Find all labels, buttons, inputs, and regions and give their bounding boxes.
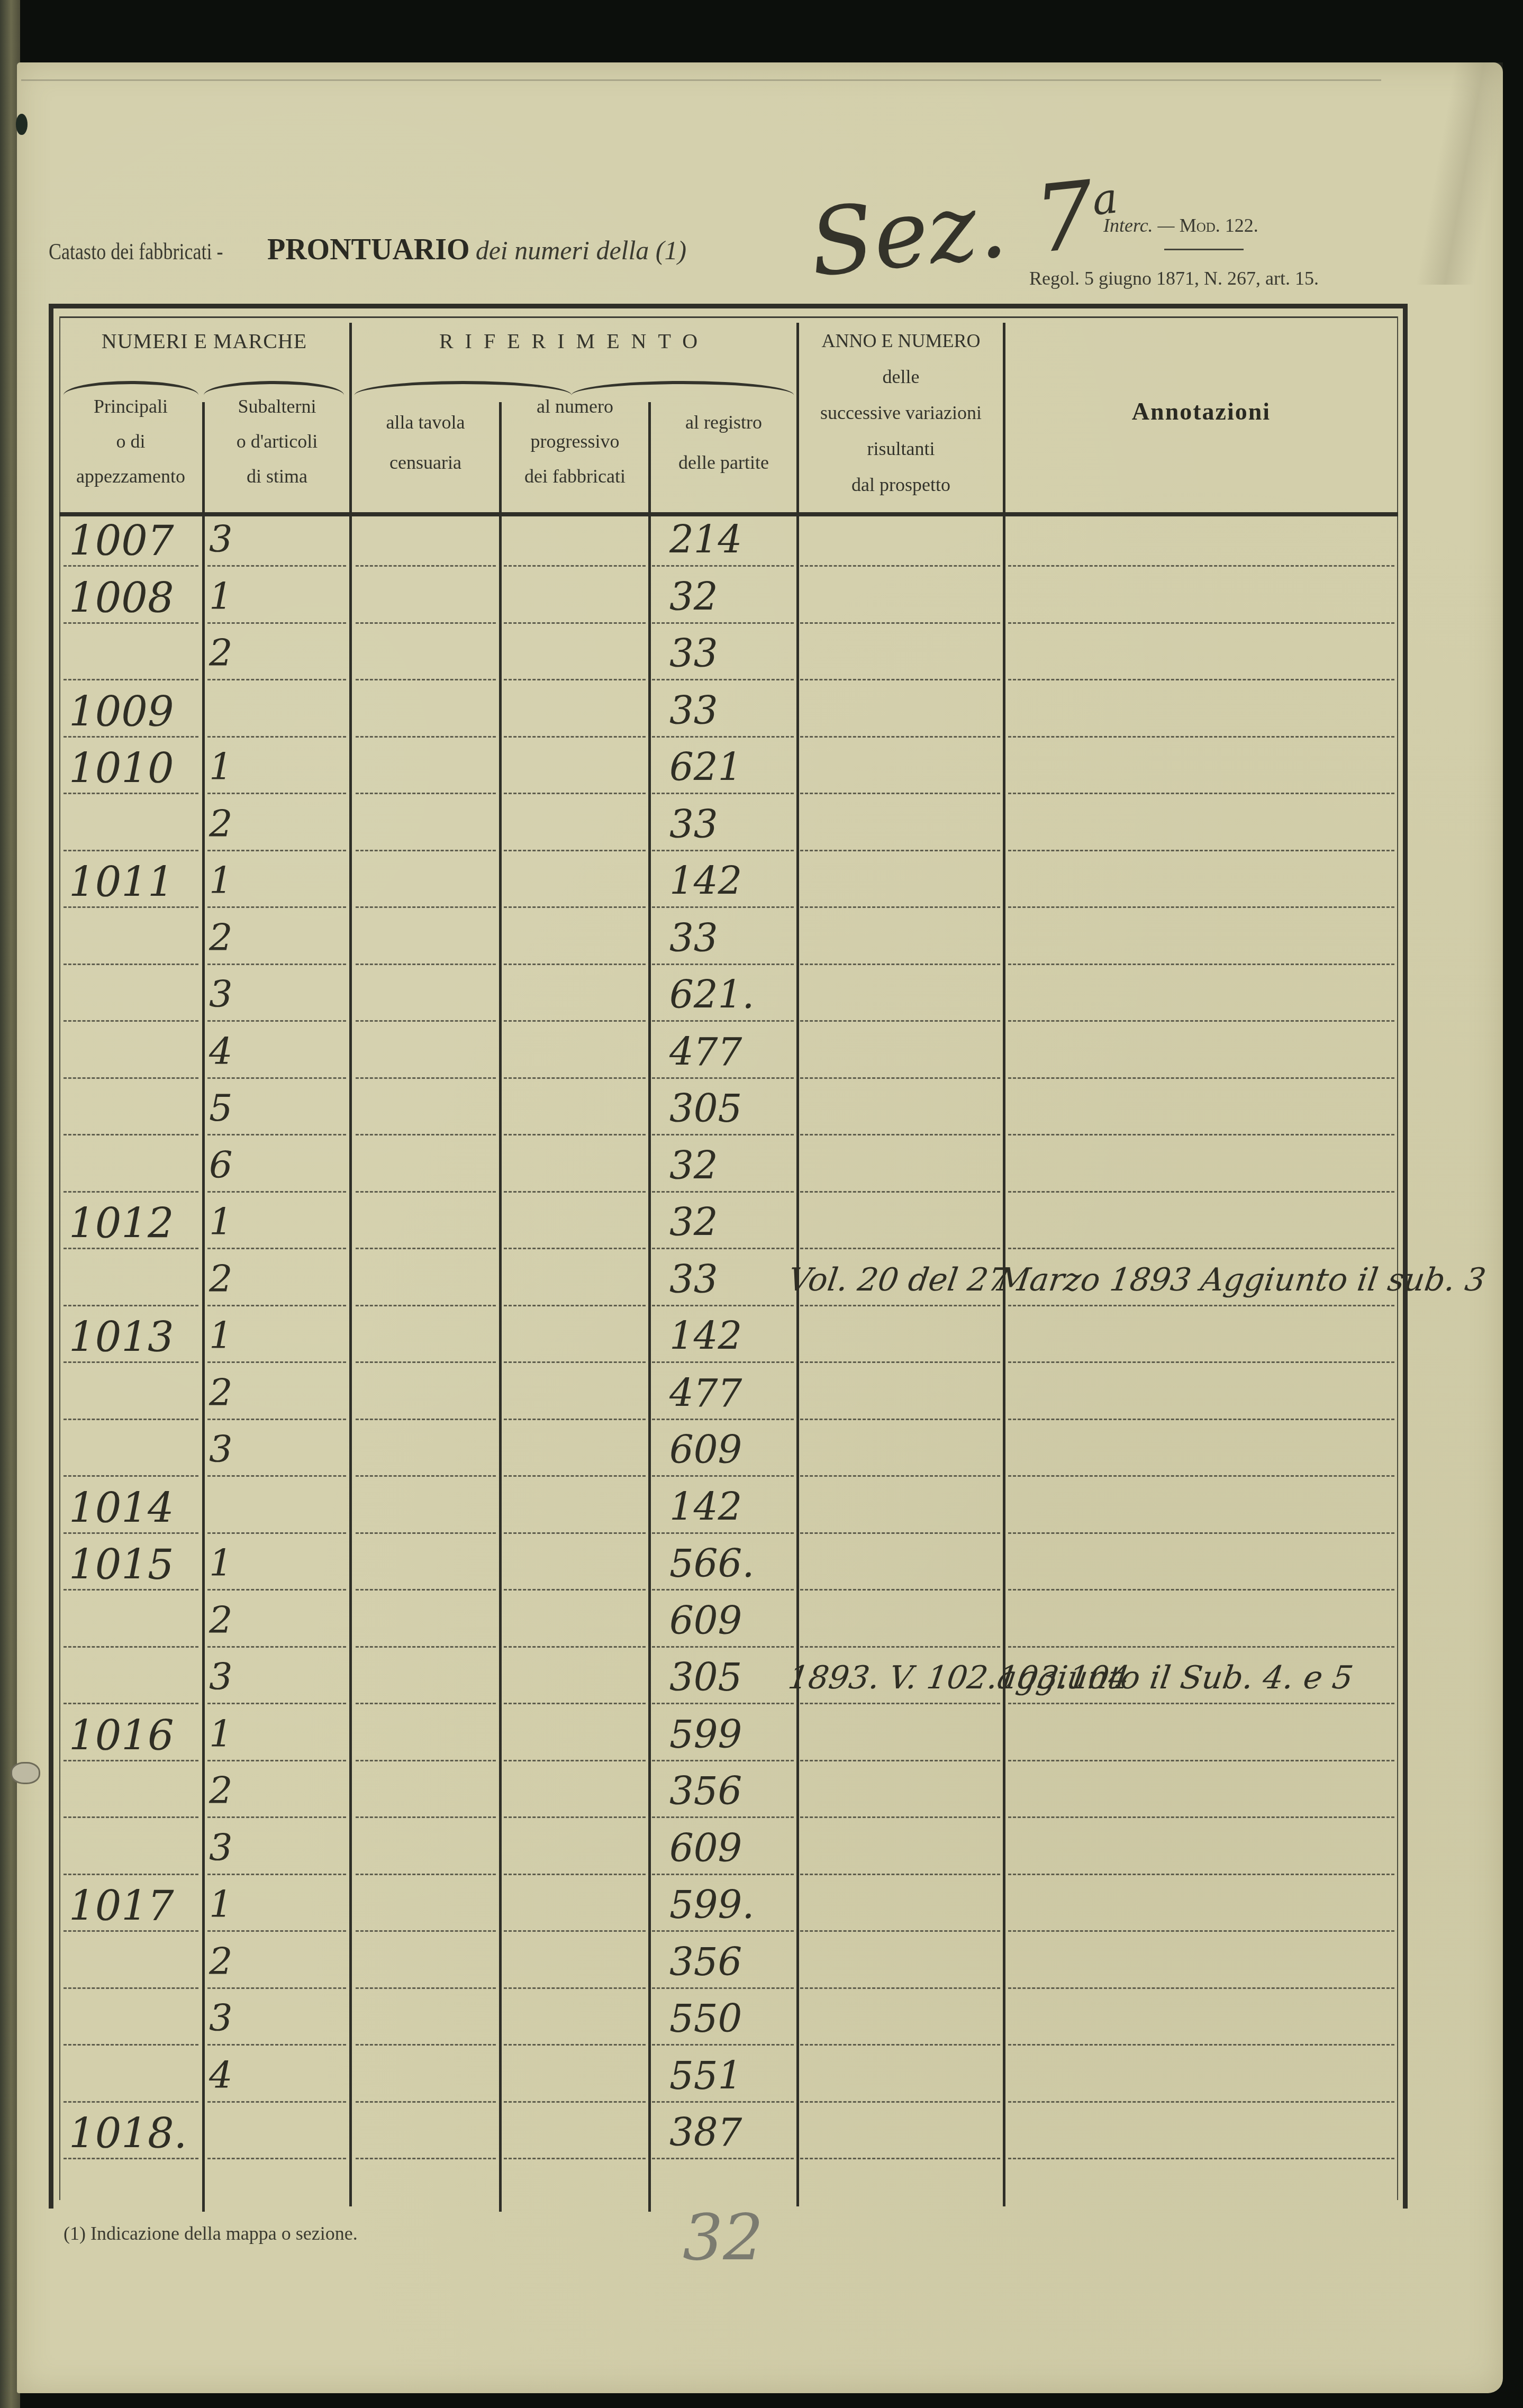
page-fold-line (21, 79, 1381, 81)
row-rule (1008, 736, 1394, 739)
row-rule (652, 1589, 794, 1592)
cell-subalterno: 2 (209, 802, 233, 846)
row-rule (800, 1077, 1000, 1080)
model-rule (1164, 249, 1244, 250)
row-rule (64, 1930, 198, 1933)
cell-registro: 142 (669, 1485, 742, 1529)
row-rule (64, 793, 198, 795)
row-rule (207, 1475, 346, 1478)
cell-principale: 1015 (69, 1541, 174, 1589)
row-rule (652, 1305, 794, 1307)
row-rule (1008, 793, 1394, 795)
row-rule (1008, 1703, 1394, 1705)
cell-registro: 609 (669, 1826, 742, 1870)
row-rule (207, 1703, 346, 1705)
row-rule (652, 1930, 794, 1933)
row-rule (356, 793, 496, 795)
row-rule (504, 1646, 646, 1649)
row-rule (207, 622, 346, 625)
row-rule (356, 964, 496, 966)
cell-principale: 1017 (69, 1883, 174, 1930)
row-rule (356, 1020, 496, 1023)
cell-registro: 599. (669, 1883, 754, 1927)
row-rule (1008, 1532, 1394, 1535)
cell-registro: 142 (669, 1314, 742, 1358)
row-rule (356, 565, 496, 568)
row-rule (652, 1020, 794, 1023)
header-numero-line2: progressivo (502, 424, 648, 459)
row-rule (356, 2044, 496, 2047)
header-principali: Principali o di appezzamento (59, 389, 202, 494)
row-rule (64, 1532, 198, 1535)
row-rule (1008, 1760, 1394, 1762)
row-rule (652, 1248, 794, 1250)
form-model-code: Interc. — Mod. 122. (1103, 214, 1258, 237)
header-registro: al registro delle partite (651, 402, 796, 483)
row-rule (652, 1760, 794, 1762)
row-rule (800, 1874, 1000, 1876)
row-rule (356, 1191, 496, 1194)
row-rule (64, 1248, 198, 1250)
row-rule (207, 1020, 346, 1023)
cell-registro: 356 (669, 1940, 742, 1984)
row-rule (504, 2158, 646, 2160)
cell-registro: 33 (669, 688, 718, 733)
row-rule (652, 2158, 794, 2160)
row-rule (64, 1305, 198, 1307)
row-rule (652, 736, 794, 739)
header-subalterni-line1: Subalterni (205, 389, 349, 424)
section-label: Sez. (805, 170, 1011, 298)
row-rule (504, 1703, 646, 1705)
cell-registro: 566. (669, 1541, 754, 1586)
row-rule (64, 622, 198, 625)
form-title-suffix: dei numeri della (1) (476, 235, 687, 265)
row-rule (800, 2158, 1000, 2160)
cell-subalterno: 3 (209, 1826, 233, 1869)
row-rule (1008, 679, 1394, 681)
col-divider-numbers-reference (349, 323, 352, 2206)
cell-principale: 1007 (69, 517, 174, 565)
row-rule (800, 1930, 1000, 1933)
row-rule (1008, 1191, 1394, 1194)
cell-registro: 33 (669, 802, 718, 847)
row-rule (64, 850, 198, 852)
row-rule (1008, 1419, 1394, 1421)
cell-subalterno: 4 (209, 2053, 233, 2097)
cell-annotazione: Marzo 1893 Aggiunto il sub. 3 (995, 1261, 1488, 1298)
cell-subalterno: 1 (209, 575, 233, 618)
row-rule (800, 1589, 1000, 1592)
cell-subalterno: 3 (209, 973, 233, 1016)
cell-subalterno: 1 (209, 1541, 233, 1585)
row-rule (356, 1419, 496, 1421)
row-rule (1008, 565, 1394, 568)
row-rule (800, 2101, 1000, 2104)
cell-subalterno: 2 (209, 1598, 233, 1642)
row-rule (64, 1077, 198, 1080)
cell-registro: 387 (669, 2110, 742, 2155)
form-title-prefix: Catasto dei fabbricati - (49, 238, 223, 265)
row-rule (504, 793, 646, 795)
row-rule (1008, 964, 1394, 966)
row-rule (1008, 906, 1394, 909)
cell-registro: 33 (669, 916, 718, 960)
row-rule (64, 1646, 198, 1649)
cell-registro: 142 (669, 859, 742, 903)
row-rule (64, 1987, 198, 1990)
row-rule (504, 1361, 646, 1364)
header-subalterni-line2: o d'articoli (205, 424, 349, 459)
cell-subalterno: 1 (209, 1314, 233, 1357)
cell-registro: 477 (669, 1030, 742, 1074)
row-rule (207, 1191, 346, 1194)
cell-subalterno: 4 (209, 1030, 233, 1073)
row-rule (1008, 1589, 1394, 1592)
row-rule (64, 906, 198, 909)
cell-subalterno: 3 (209, 1655, 233, 1698)
row-rule (1008, 1361, 1394, 1364)
header-tavola: alla tavola censuaria (352, 402, 499, 483)
row-rule (356, 622, 496, 625)
row-rule (652, 1361, 794, 1364)
row-rule (356, 1077, 496, 1080)
row-rule (652, 1419, 794, 1421)
row-rule (1008, 850, 1394, 852)
row-rule (504, 1532, 646, 1535)
cell-principale: 1012 (69, 1200, 174, 1248)
row-rule (504, 565, 646, 568)
row-rule (64, 736, 198, 739)
row-rule (800, 1987, 1000, 1990)
row-rule (800, 2044, 1000, 2047)
row-rule (800, 793, 1000, 795)
row-rule (800, 1703, 1000, 1705)
interc-label: Interc. — (1103, 215, 1175, 236)
row-rule (207, 1987, 346, 1990)
row-rule (356, 906, 496, 909)
row-rule (64, 1760, 198, 1762)
header-principali-line3: appezzamento (59, 459, 202, 494)
row-rule (504, 1930, 646, 1933)
header-anno-line4: risultanti (799, 431, 1003, 467)
cell-registro: 305 (669, 1655, 742, 1700)
row-rule (652, 850, 794, 852)
row-rule (207, 2044, 346, 2047)
row-rule (64, 1475, 198, 1478)
row-rule (356, 2101, 496, 2104)
cell-subalterno: 2 (209, 1940, 233, 1983)
row-rule (207, 1419, 346, 1421)
cell-subalterno: 2 (209, 631, 233, 675)
row-rule (356, 1532, 496, 1535)
row-rule (504, 1134, 646, 1137)
section-number: 7 (1030, 161, 1100, 275)
row-rule (504, 1020, 646, 1023)
header-riferimento: RIFERIMENTO (352, 324, 796, 359)
row-rule (652, 1532, 794, 1535)
row-rule (504, 1874, 646, 1876)
row-rule (356, 1646, 496, 1649)
row-rule (800, 1760, 1000, 1762)
row-rule (652, 906, 794, 909)
cell-registro: 599 (669, 1712, 742, 1757)
row-rule (356, 1760, 496, 1762)
row-rule (652, 1191, 794, 1194)
row-rule (356, 1475, 496, 1478)
row-rule (207, 793, 346, 795)
row-rule (356, 1930, 496, 1933)
row-rule (652, 679, 794, 681)
row-rule (1008, 1248, 1394, 1250)
cell-registro: 356 (669, 1769, 742, 1813)
row-rule (356, 1589, 496, 1592)
row-rule (64, 2158, 198, 2160)
row-rule (504, 1760, 646, 1762)
cell-registro: 33 (669, 1257, 718, 1302)
row-rule (207, 2101, 346, 2104)
row-rule (207, 1134, 346, 1137)
form-title-main: PRONTUARIO (267, 233, 470, 266)
row-rule (1008, 1305, 1394, 1307)
row-rule (207, 850, 346, 852)
row-rule (504, 1475, 646, 1478)
row-rule (207, 906, 346, 909)
row-rule (800, 850, 1000, 852)
table-inner-top-rule (59, 316, 1398, 318)
row-rule (800, 1475, 1000, 1478)
header-anno-line3: successive variazioni (799, 395, 1003, 431)
cell-registro: 305 (669, 1086, 742, 1131)
cell-principale: 1008 (69, 575, 174, 622)
row-rule (504, 906, 646, 909)
row-rule (800, 736, 1000, 739)
row-rule (1008, 1930, 1394, 1933)
header-annotazioni: Annotazioni (1005, 394, 1397, 429)
cell-subalterno: 5 (209, 1086, 233, 1130)
header-bottom-rule (59, 512, 1398, 516)
cell-principale: 1009 (69, 688, 174, 736)
row-rule (652, 565, 794, 568)
binding-knot (11, 1762, 40, 1784)
row-rule (652, 1874, 794, 1876)
cell-registro: 477 (669, 1371, 742, 1415)
row-rule (1008, 2158, 1394, 2160)
cell-anno-numero: Vol. 20 del 27 (786, 1261, 1011, 1298)
row-rule (504, 1987, 646, 1990)
row-rule (800, 1305, 1000, 1307)
cell-subalterno: 1 (209, 859, 233, 902)
cell-principale: 1010 (69, 745, 174, 793)
row-rule (504, 2044, 646, 2047)
header-numero-line1: al numero (502, 389, 648, 424)
cell-registro: 32 (669, 575, 718, 619)
row-rule (652, 2101, 794, 2104)
cell-annotazione: aggiunto il Sub. 4. e 5 (995, 1659, 1355, 1696)
cell-registro: 214 (669, 517, 742, 562)
row-rule (1008, 622, 1394, 625)
row-rule (356, 1305, 496, 1307)
header-tavola-line2: censuaria (352, 442, 499, 483)
row-rule (800, 906, 1000, 909)
header-anno-line2: delle (799, 359, 1003, 395)
page-corner-curl (1397, 62, 1503, 285)
row-rule (207, 1760, 346, 1762)
header-registro-line2: delle partite (651, 442, 796, 483)
row-rule (207, 1816, 346, 1819)
row-rule (356, 1703, 496, 1705)
row-rule (1008, 2101, 1394, 2104)
cell-principale: 1013 (69, 1314, 174, 1361)
row-rule (504, 1191, 646, 1194)
row-rule (356, 1874, 496, 1876)
header-numero-line3: dei fabbricati (502, 459, 648, 494)
binding-thread (16, 114, 28, 135)
row-rule (1008, 1020, 1394, 1023)
cell-registro: 550 (669, 1996, 742, 2041)
row-rule (64, 2101, 198, 2104)
row-rule (800, 1646, 1000, 1649)
row-rule (800, 1248, 1000, 1250)
table-inner-left-rule (59, 316, 60, 2200)
row-rule (652, 1134, 794, 1137)
row-rule (800, 1134, 1000, 1137)
row-rule (64, 964, 198, 966)
row-rule (64, 565, 198, 568)
row-rule (207, 736, 346, 739)
header-principali-line2: o di (59, 424, 202, 459)
header-numero-progressivo: al numero progressivo dei fabbricati (502, 389, 648, 494)
row-rule (800, 565, 1000, 568)
header-anno-line5: dal prospetto (799, 467, 1003, 503)
header-tavola-line1: alla tavola (352, 402, 499, 442)
col-divider-tavola-numero (499, 402, 502, 2212)
cell-principale: 1016 (69, 1712, 174, 1760)
row-rule (207, 2158, 346, 2160)
cell-registro: 609 (669, 1598, 742, 1643)
regulation-reference: Regol. 5 giugno 1871, N. 267, art. 15. (1029, 267, 1319, 289)
row-rule (800, 1191, 1000, 1194)
row-rule (504, 1305, 646, 1307)
row-rule (207, 679, 346, 681)
row-rule (1008, 1987, 1394, 1990)
cell-registro: 32 (669, 1143, 718, 1188)
row-rule (64, 2044, 198, 2047)
header-registro-line1: al registro (651, 402, 796, 442)
row-rule (207, 964, 346, 966)
row-rule (1008, 1646, 1394, 1649)
row-rule (652, 622, 794, 625)
row-rule (652, 1816, 794, 1819)
row-rule (800, 1419, 1000, 1421)
row-rule (64, 1816, 198, 1819)
form-title: Catasto dei fabbricati - PRONTUARIO dei … (49, 233, 686, 267)
row-rule (356, 736, 496, 739)
cell-principale: 1014 (69, 1485, 174, 1532)
row-rule (64, 1703, 198, 1705)
row-rule (64, 1191, 198, 1194)
cell-subalterno: 6 (209, 1143, 233, 1187)
cell-principale: 1018. (69, 2110, 187, 2158)
table-inner-right-rule (1397, 316, 1398, 2200)
row-rule (800, 964, 1000, 966)
header-subalterni: Subalterni o d'articoli di stima (205, 389, 349, 494)
row-rule (504, 1077, 646, 1080)
row-rule (207, 1589, 346, 1592)
cell-subalterno: 3 (209, 1428, 233, 1471)
row-rule (1008, 2044, 1394, 2047)
row-rule (504, 679, 646, 681)
row-rule (64, 1419, 198, 1421)
row-rule (64, 1134, 198, 1137)
row-rule (800, 622, 1000, 625)
row-rule (1008, 1475, 1394, 1478)
row-rule (64, 1020, 198, 1023)
row-rule (504, 736, 646, 739)
cell-registro: 621. (669, 973, 754, 1017)
row-rule (504, 622, 646, 625)
row-rule (356, 1134, 496, 1137)
cell-subalterno: 2 (209, 1257, 233, 1301)
row-rule (652, 1987, 794, 1990)
cell-registro: 621 (669, 745, 742, 789)
row-rule (652, 1077, 794, 1080)
row-rule (504, 1589, 646, 1592)
row-rule (504, 1816, 646, 1819)
row-rule (1008, 1134, 1394, 1137)
row-rule (356, 1361, 496, 1364)
row-rule (64, 1361, 198, 1364)
row-rule (356, 1987, 496, 1990)
row-rule (504, 1419, 646, 1421)
row-rule (652, 2044, 794, 2047)
cell-subalterno: 1 (209, 1200, 233, 1243)
header-subalterni-line3: di stima (205, 459, 349, 494)
row-rule (207, 1532, 346, 1535)
row-rule (1008, 1816, 1394, 1819)
row-rule (207, 1930, 346, 1933)
cell-registro: 32 (669, 1200, 718, 1244)
row-rule (207, 565, 346, 568)
cell-subalterno: 3 (209, 517, 233, 561)
row-rule (356, 679, 496, 681)
row-rule (504, 850, 646, 852)
cell-subalterno: 2 (209, 1769, 233, 1812)
row-rule (207, 1077, 346, 1080)
row-rule (652, 793, 794, 795)
row-rule (207, 1305, 346, 1307)
row-rule (1008, 1077, 1394, 1080)
header-anno-numero: ANNO E NUMERO delle successive variazion… (799, 323, 1003, 503)
cell-registro: 33 (669, 631, 718, 676)
row-rule (504, 964, 646, 966)
row-rule (652, 1475, 794, 1478)
row-rule (64, 1589, 198, 1592)
col-divider-numero-registro (648, 402, 651, 2212)
header-principali-line1: Principali (59, 389, 202, 424)
header-numeri-marche: NUMERI E MARCHE (59, 324, 349, 359)
row-rule (356, 1248, 496, 1250)
row-rule (800, 1020, 1000, 1023)
row-rule (504, 2101, 646, 2104)
model-number: Mod. 122. (1180, 215, 1258, 236)
cell-subalterno: 2 (209, 916, 233, 959)
row-rule (504, 1248, 646, 1250)
cell-subalterno: 1 (209, 1712, 233, 1756)
row-rule (800, 1532, 1000, 1535)
footnote: (1) Indicazione della mappa o sezione. (64, 2222, 358, 2245)
row-rule (800, 679, 1000, 681)
